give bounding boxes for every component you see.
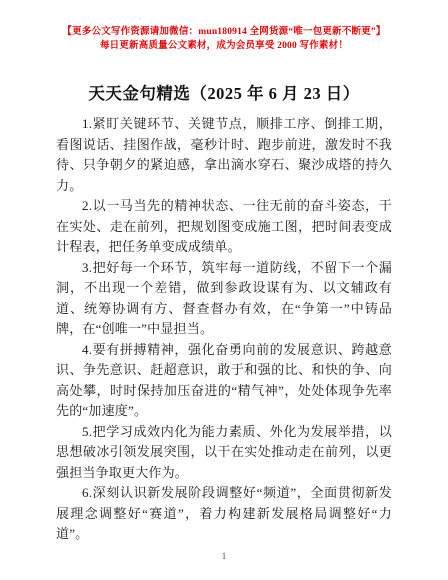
watermark-line-1: 【更多公文写作资源请加微信：mun180914 全网货源“唯一包更新不断更”】 (0, 25, 448, 39)
watermark-line-2: 每日更新高质量公文素材，成为会员享受 2000 写作素材！ (0, 39, 448, 53)
paragraph-2: 2.以一马当先的精神状态、一往无前的奋斗姿态，干在实处、走在前列，把规划图变成施… (56, 196, 392, 258)
paragraph-4: 4.要有拼搏精神，强化奋勇向前的发展意识、跨越意识、争先意识、赶超意识，敢于和强… (56, 340, 392, 422)
paragraph-1: 1.紧盯关键环节、关键节点，顺排工序、倒排工期，看图说话、挂图作战，毫秒计时、跑… (56, 114, 392, 196)
paragraph-6: 6.深刻认识新发展阶段调整好“频道”，全面贯彻新发展理念调整好“赛道”，着力构建… (56, 483, 392, 545)
paragraph-3: 3.把好每一个环节，筑牢每一道防线，不留下一个漏洞，不出现一个差错，做到参政设谋… (56, 258, 392, 340)
document-title: 天天金句精选（2025 年 6 月 23 日） (56, 83, 392, 105)
document-page: 【更多公文写作资源请加微信：mun180914 全网货源“唯一包更新不断更”】 … (0, 0, 448, 580)
page-number: 1 (0, 552, 448, 562)
document-body: 1.紧盯关键环节、关键节点，顺排工序、倒排工期，看图说话、挂图作战，毫秒计时、跑… (56, 114, 392, 545)
watermark-header: 【更多公文写作资源请加微信：mun180914 全网货源“唯一包更新不断更”】 … (0, 0, 448, 53)
paragraph-5: 5.把学习成效内化为能力素质、外化为发展举措，以思想破冰引领发展突围，以干在实处… (56, 422, 392, 484)
